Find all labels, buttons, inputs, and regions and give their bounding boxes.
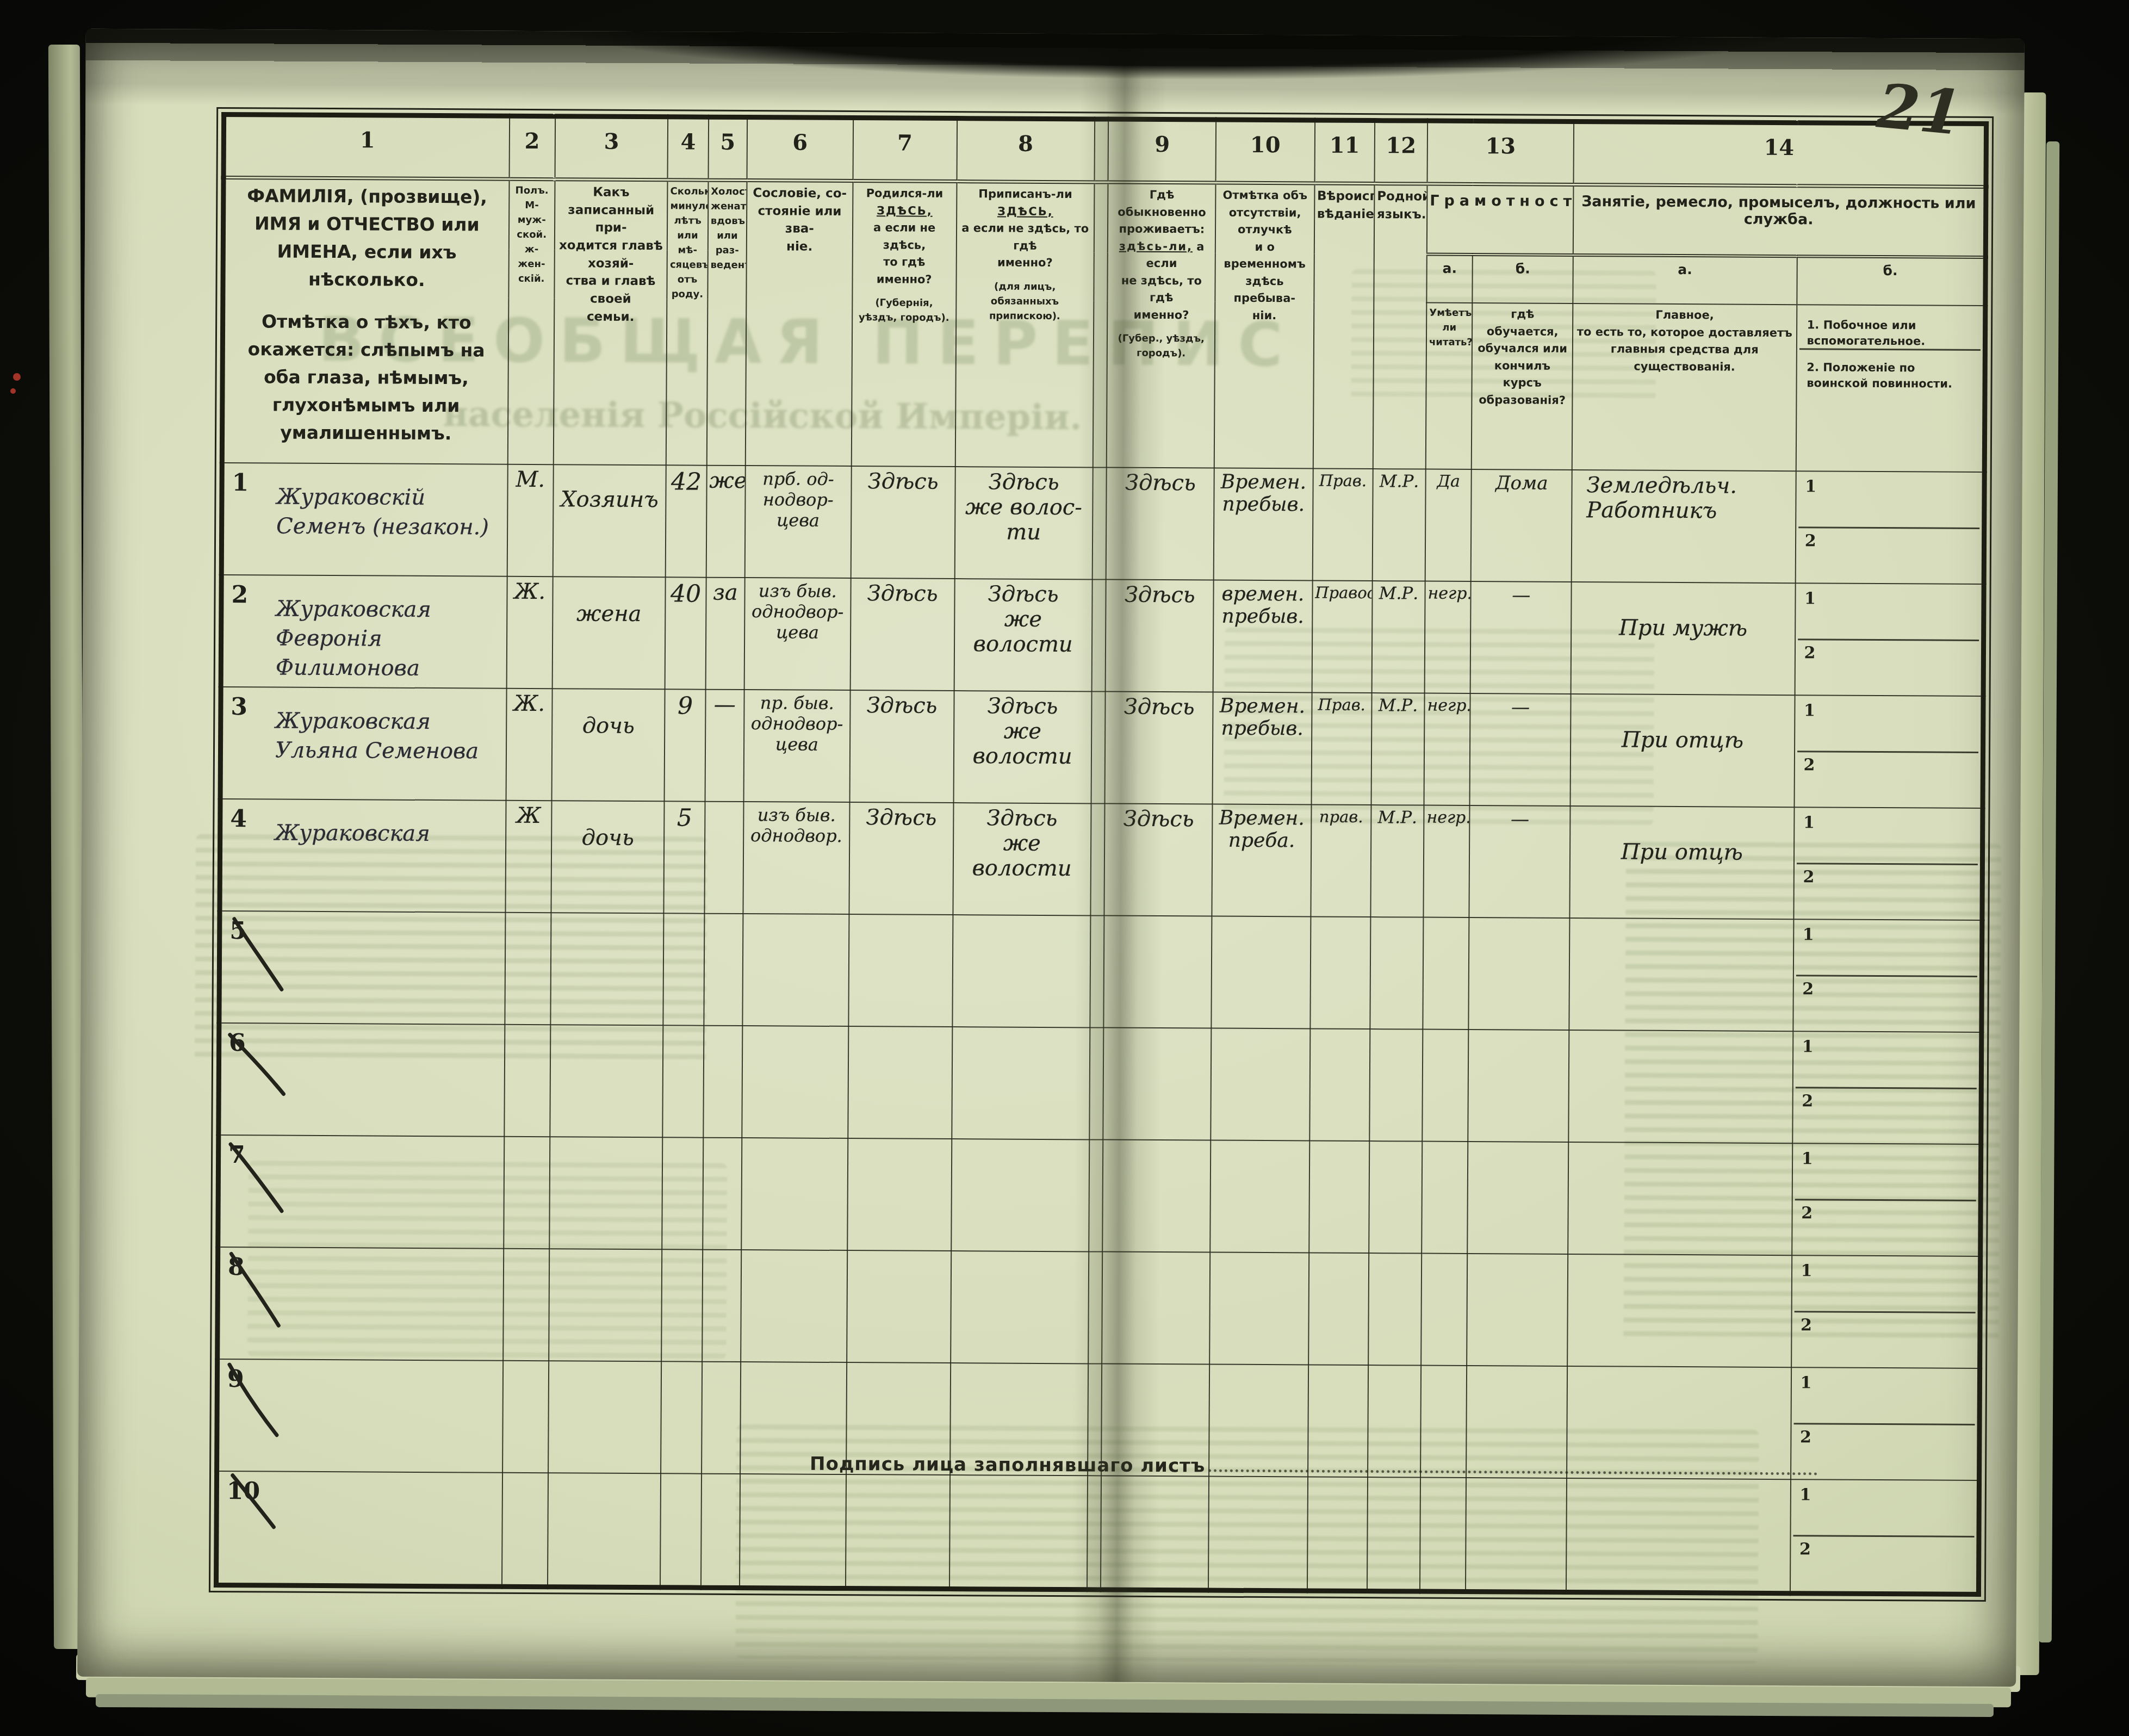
cell-language: М.Р.	[1372, 469, 1425, 581]
cell-relation	[550, 913, 663, 1025]
column-number-row: 1 2 3 4 5 6 7 8 9 10 11 12 13 14	[224, 115, 1987, 187]
cell-name: 4Жураковская	[220, 799, 506, 913]
cell-language	[1367, 1477, 1420, 1591]
cell-registered	[951, 1139, 1089, 1251]
cell-occupation-side: 1 2	[1792, 1143, 1981, 1256]
sub-label-2: 2	[1801, 1316, 1812, 1335]
header-occupation-title: Занятіе, ремесло, промыселъ, должность и…	[1573, 185, 1986, 258]
cell-born	[847, 1250, 951, 1363]
colnum-12: 12	[1374, 121, 1427, 184]
cell-education: —	[1470, 693, 1571, 806]
header-born-pre: Родился-ли	[866, 187, 944, 200]
cell-occupation-side: 1 2	[1791, 1255, 1981, 1368]
cell-marital	[704, 802, 743, 914]
cell-education	[1467, 1142, 1568, 1254]
cell-religion	[1307, 1477, 1368, 1591]
cell-born	[847, 1138, 952, 1251]
cell-occupation-main: При отцѣ	[1569, 806, 1794, 919]
sub-label-1: 1	[1804, 702, 1815, 721]
cell-born: Здѣсь	[851, 466, 955, 579]
cell-marital: за	[705, 578, 744, 690]
header-estate: Сословіе, со- стояніе или зва- ніе.	[746, 181, 853, 467]
cell-occupation-main: При отцѣ	[1571, 694, 1795, 807]
cell-sex	[504, 1137, 550, 1249]
row-number: 2	[231, 581, 248, 609]
header-res-pre: Гдѣ обыкновенно проживаетъ:	[1110, 187, 1213, 238]
cell-born	[845, 1474, 949, 1589]
sub-label-1: 1	[1799, 1485, 1811, 1504]
header-religion: Вѣроиспо- вѣданіе.	[1313, 183, 1374, 469]
occ-side-sub-2: 2	[1797, 751, 1978, 805]
header-born-rest: а если не здѣсь, то гдѣ именно?	[855, 219, 954, 288]
cell-resides	[1102, 1252, 1211, 1365]
header-born-emph: ЗДѢСЬ,	[877, 204, 933, 218]
cell-religion	[1309, 1029, 1370, 1142]
page-fold-gap	[1090, 916, 1104, 1028]
cell-relation	[550, 1025, 663, 1137]
cell-education	[1466, 1478, 1567, 1592]
handwritten-name: Жураковскій Семенъ (незакон.)	[276, 482, 497, 542]
header-literacy-title: Грамотность.	[1427, 184, 1574, 255]
cell-name: 6	[219, 1023, 505, 1137]
header-language: Родной языкъ.	[1373, 184, 1427, 469]
cell-age	[661, 1250, 703, 1362]
header-occupation-side: 1. Побочное или вспомогательное. 2. Поло…	[1796, 305, 1985, 473]
cell-name: 5	[219, 911, 505, 1025]
cell-registered	[949, 1475, 1088, 1590]
cell-name: 7	[218, 1135, 504, 1249]
header-name-text: ФАМИЛІЯ, (прозвище), ИМЯ и ОТЧЕСТВО или …	[227, 182, 506, 294]
colnum-7: 7	[853, 118, 957, 182]
occ-side-sub-1: 1	[1794, 1258, 1976, 1311]
table-row: 3Жураковская Ульяна Семенова Ж. дочь 9 —…	[220, 687, 1983, 808]
cell-relation: Хозяинъ	[553, 464, 666, 577]
cell-literate	[1423, 917, 1469, 1030]
cell-occupation-side: 1 2	[1795, 583, 1984, 696]
cell-estate: изъ быв. однодвор- цева	[744, 578, 851, 690]
cell-registered	[952, 915, 1090, 1027]
cell-literate: негр.	[1425, 581, 1471, 693]
cell-name: 3Жураковская Ульяна Семенова	[220, 687, 506, 801]
table-row: 2Жураковская Февронія Филимонова Ж. жена…	[221, 575, 1984, 696]
cell-name: 8	[218, 1247, 504, 1361]
cell-marital: —	[705, 690, 744, 802]
header-can-read: Умѣетъ- ли читать?	[1426, 303, 1473, 469]
cell-occupation-side: 1 2	[1790, 1479, 1979, 1594]
table-row: 10 1 2	[216, 1471, 1979, 1594]
sub-label-2: 2	[1800, 1428, 1811, 1447]
cell-education	[1467, 1254, 1568, 1366]
cell-estate: прб. од- нодвор- цева	[745, 466, 852, 578]
cell-born	[848, 1026, 952, 1139]
sub-label-2: 2	[1799, 1540, 1811, 1559]
cell-resides	[1103, 1140, 1211, 1253]
header-reg-emph: ЗДѢСЬ,	[997, 204, 1053, 218]
occ-side-sub-1: 1	[1795, 1146, 1976, 1199]
row-number: 4	[230, 805, 247, 833]
row-crossout-stroke	[223, 1137, 289, 1219]
cell-absence: Времен. пребыв.	[1213, 692, 1312, 805]
cell-relation: дочь	[551, 689, 665, 801]
page-fold-gap	[1092, 468, 1107, 580]
header-res-note: (Губер., уѣздъ, городъ).	[1110, 331, 1212, 361]
cell-resides: Здѣсь	[1105, 692, 1213, 804]
cell-registered	[952, 1027, 1090, 1139]
table-row: 4Жураковская Ж дочь 5 изъ быв. однодвор.…	[220, 799, 1983, 920]
header-relation: Какъ записанный при- ходится главѣ хозяй…	[554, 179, 668, 466]
header-14b-letter: б.	[1797, 257, 1985, 306]
table-row: 5 1 2	[219, 911, 1982, 1032]
cell-marital	[702, 1362, 741, 1474]
cell-occupation-main: При мужѣ	[1571, 582, 1796, 695]
cell-absence	[1208, 1477, 1308, 1591]
sub-label-1: 1	[1804, 590, 1816, 609]
colnum-8: 8	[957, 119, 1094, 182]
cell-age	[663, 1026, 704, 1138]
occ-side-sub-1: 1	[1797, 810, 1978, 863]
cell-resides	[1101, 1476, 1209, 1591]
photo-canvas: ВСЕОБЩАЯ ПЕРЕПИС населенія Россійской Им…	[0, 0, 2129, 1736]
cell-registered: Здѣсь же волости	[954, 579, 1092, 691]
row-crossout-stroke	[221, 1361, 287, 1443]
cell-estate	[740, 1474, 846, 1589]
row-crossout-stroke	[221, 1473, 287, 1555]
cell-absence	[1209, 1253, 1309, 1365]
cell-occupation-main	[1568, 1030, 1793, 1143]
cell-estate	[742, 914, 849, 1026]
page-number: 21	[1874, 70, 1965, 149]
cell-relation: жена	[552, 576, 665, 689]
cell-literate	[1420, 1478, 1466, 1592]
signature-dotted-line	[1208, 1465, 1817, 1475]
page-fold-gap	[1090, 804, 1105, 916]
cell-resides	[1103, 1028, 1212, 1140]
header-registered-here: Приписанъ-ли ЗДѢСЬ, а если не здѣсь, то …	[955, 182, 1094, 468]
occ-side-sub-2: 2	[1796, 975, 1977, 1030]
handwritten-name: Жураковская	[275, 819, 495, 849]
handwritten-name: Жураковская Февронія Филимонова	[276, 594, 496, 684]
cell-age	[662, 1138, 703, 1250]
page-fold-gap	[1089, 1028, 1104, 1140]
sub-label-2: 2	[1802, 979, 1814, 999]
occ-side-sub-1: 1	[1797, 698, 1979, 751]
cell-relation	[549, 1137, 662, 1249]
page-fold-gap	[1094, 119, 1109, 182]
cell-occupation-side: 1 2	[1792, 1031, 1982, 1144]
cell-sex	[505, 913, 551, 1025]
cell-occupation-side: 1 2	[1793, 919, 1982, 1032]
header-occ-side-1: 1. Побочное или вспомогательное.	[1799, 308, 1981, 349]
colnum-11: 11	[1314, 120, 1375, 184]
cell-estate	[741, 1138, 848, 1250]
occ-side-sub-2: 2	[1794, 1311, 1976, 1366]
header-res-emph: здѣсь-ли,	[1119, 239, 1193, 253]
occ-side-sub-1: 1	[1798, 586, 1979, 639]
occ-side-sub-1: 1	[1798, 474, 1980, 527]
cell-religion: Прав.	[1311, 693, 1371, 805]
cell-age: 40	[665, 578, 706, 690]
colnum-1: 1	[224, 115, 510, 179]
row-crossout-stroke	[222, 1249, 288, 1331]
occ-side-sub-2: 2	[1796, 863, 1978, 917]
cell-absence: Времен. пребыв.	[1214, 468, 1313, 581]
cell-language	[1369, 1141, 1422, 1254]
cell-sex	[502, 1473, 548, 1587]
occ-side-sub-2: 2	[1795, 1199, 1976, 1254]
handwritten-name: Жураковская Ульяна Семенова	[275, 706, 496, 766]
census-table: 1 2 3 4 5 6 7 8 9 10 11 12 13 14	[214, 112, 1989, 1597]
cell-language	[1370, 917, 1423, 1030]
cell-marital	[703, 1138, 742, 1250]
cell-sex	[503, 1249, 549, 1361]
header-occ-side-2: 2. Положеніе по воинской повинности.	[1799, 348, 1981, 391]
cell-absence: Времен. преба.	[1212, 804, 1312, 917]
sub-label-1: 1	[1805, 478, 1816, 497]
sub-label-2: 2	[1801, 1204, 1813, 1223]
cell-registered: Здѣсь же волости	[953, 803, 1091, 915]
cell-language	[1368, 1253, 1422, 1366]
census-sheet: ВСЕОБЩАЯ ПЕРЕПИС населенія Россійской Им…	[77, 29, 2025, 1687]
occ-side-sub-2: 2	[1797, 638, 1979, 693]
cell-registered: Здѣсь же волости	[953, 691, 1091, 803]
cell-literate	[1422, 1030, 1468, 1142]
cell-occupation-main	[1566, 1478, 1791, 1594]
header-14a-letter: а.	[1573, 255, 1797, 305]
cell-occupation-main	[1569, 918, 1793, 1031]
cell-name: 10	[216, 1471, 502, 1586]
page-fold-gap	[1091, 580, 1106, 692]
occ-side-sub-1: 1	[1793, 1482, 1975, 1535]
sub-label-2: 2	[1803, 867, 1814, 886]
cell-resides	[1104, 916, 1212, 1028]
cell-age	[661, 1362, 702, 1474]
row-number: 3	[231, 693, 247, 721]
page-fold-gap	[1089, 1140, 1103, 1252]
header-13b-letter: б.	[1473, 255, 1573, 303]
cell-occupation-side: 1 2	[1793, 807, 1983, 920]
header-education: гдѣ обучается, обучался или кончилъ курс…	[1472, 303, 1573, 470]
cell-estate: пр. быв. однодвор- цева	[744, 690, 851, 802]
sub-label-1: 1	[1802, 1150, 1813, 1169]
occ-side-sub-1: 1	[1793, 1370, 1975, 1423]
cell-sex	[502, 1361, 549, 1473]
cell-age	[660, 1474, 702, 1588]
cell-age	[663, 914, 705, 1026]
header-name-note: Отмѣтка о тѣхъ, кто окажется: слѣпымъ на…	[227, 307, 506, 448]
cell-marital	[703, 1026, 742, 1138]
row-crossout-stroke	[224, 913, 290, 995]
header-usual-residence: Гдѣ обыкновенно проживаетъ: здѣсь-ли, а …	[1107, 182, 1215, 468]
cell-marital: жен.	[706, 466, 745, 578]
cell-language: М.Р.	[1371, 581, 1425, 693]
page-fold-gap	[1087, 1476, 1101, 1590]
cell-religion	[1310, 917, 1370, 1030]
cell-education: —	[1469, 805, 1571, 918]
cell-literate: негр.	[1424, 693, 1470, 805]
table-row: 6 1 2	[219, 1023, 1982, 1144]
sub-label-2: 2	[1805, 531, 1816, 550]
cell-resides: Здѣсь	[1104, 804, 1213, 916]
red-mark	[13, 373, 21, 381]
cell-literate	[1422, 1142, 1468, 1254]
cell-name: 9	[217, 1359, 503, 1473]
colnum-13: 13	[1427, 121, 1574, 184]
cell-occupation-main	[1568, 1142, 1792, 1255]
table-row: 7 1 2	[218, 1135, 1981, 1256]
cell-language: М.Р.	[1370, 805, 1424, 917]
colnum-5: 5	[708, 117, 747, 180]
header-absence-note: Отмѣтка объ отсутствіи, отлучкѣ и о врем…	[1214, 183, 1314, 469]
cell-name: 2Жураковская Февронія Филимонова	[221, 575, 507, 689]
cell-religion	[1308, 1253, 1369, 1366]
header-marital: Холостъ, женатъ, вдовъ или раз- веденъ.	[707, 180, 747, 466]
page-fold-gap	[1091, 692, 1106, 804]
sub-label-1: 1	[1801, 1261, 1813, 1280]
header-13a-letter: а.	[1426, 255, 1473, 303]
cell-occupation-main: Земледѣльч. Работникъ	[1572, 470, 1796, 583]
header-reg-pre: Приписанъ-ли	[978, 187, 1072, 201]
cell-literate	[1421, 1254, 1467, 1366]
cell-resides: Здѣсь	[1106, 580, 1214, 692]
page-fold-gap	[1093, 182, 1108, 468]
cell-occupation-side: 1 2	[1795, 471, 1984, 584]
page-fold-gap	[1088, 1252, 1103, 1364]
cell-relation: дочь	[551, 801, 664, 913]
cell-occupation-side: 1 2	[1791, 1367, 1980, 1480]
cell-education: Дома	[1471, 469, 1572, 582]
cell-marital	[701, 1474, 740, 1588]
header-name-column: ФАМИЛІЯ, (прозвище), ИМЯ и ОТЧЕСТВО или …	[222, 178, 509, 465]
row-crossout-stroke	[224, 1025, 289, 1107]
sub-label-1: 1	[1803, 814, 1815, 833]
cell-occupation-side: 1 2	[1794, 695, 1983, 808]
cell-sex	[504, 1025, 550, 1137]
red-mark-2	[10, 388, 16, 394]
occ-side-sub-2: 2	[1798, 526, 1979, 581]
sub-label-1: 1	[1800, 1373, 1811, 1392]
sub-label-2: 2	[1803, 755, 1815, 774]
cell-education	[1468, 1030, 1569, 1142]
header-sex: Полъ. М-муж- ской. ж-жен- скій.	[507, 179, 555, 464]
cell-religion: Правосл.	[1312, 581, 1372, 693]
cell-literate: негр.	[1423, 805, 1469, 917]
cell-occupation-main	[1567, 1254, 1792, 1367]
occ-side-sub-1: 1	[1796, 922, 1978, 975]
table-row: 1Жураковскій Семенъ (незакон.) М. Хозяин…	[221, 463, 1984, 584]
header-reg-rest: а если не здѣсь, то гдѣ именно?	[959, 220, 1091, 272]
sub-label-2: 2	[1802, 1092, 1813, 1111]
signature-label: Подпись лица заполнявшаго листъ	[810, 1453, 1205, 1477]
cell-age: 42	[666, 466, 707, 578]
cell-marital	[704, 914, 743, 1026]
cell-relation	[548, 1361, 661, 1473]
cell-education	[1469, 917, 1570, 1030]
cell-registered	[951, 1251, 1089, 1363]
header-occupation-main: Главное, то есть то, которое доставляетъ…	[1572, 303, 1797, 471]
colnum-6: 6	[747, 117, 853, 181]
cell-absence	[1210, 1140, 1309, 1253]
cell-name: 1Жураковскій Семенъ (незакон.)	[221, 463, 507, 576]
header-born-here: Родился-ли ЗДѢСЬ, а если не здѣсь, то гд…	[851, 181, 957, 467]
cell-sex: М.	[507, 464, 553, 576]
colnum-9: 9	[1108, 119, 1216, 183]
cell-sex: Ж.	[506, 689, 552, 801]
row-number: 1	[232, 469, 249, 497]
sub-label-2: 2	[1804, 643, 1816, 662]
cell-relation	[549, 1249, 662, 1361]
cell-estate	[742, 1026, 848, 1138]
header-born-note: (Губернія, уѣздъ, городъ).	[855, 295, 953, 325]
header-res-rest: не здѣсь, то гдѣ именно?	[1110, 272, 1213, 324]
cell-education: —	[1470, 581, 1572, 694]
sub-label-1: 1	[1802, 1038, 1814, 1057]
cell-born: Здѣсь	[849, 690, 954, 803]
header-description-row: ФАМИЛІЯ, (прозвище), ИМЯ и ОТЧЕСТВО или …	[223, 178, 1986, 258]
cell-born	[848, 914, 953, 1027]
cell-absence: времен. пребыв.	[1213, 580, 1313, 693]
cell-language	[1369, 1029, 1423, 1142]
occ-side-sub-2: 2	[1795, 1087, 1977, 1142]
occ-side-sub-1: 1	[1795, 1034, 1977, 1087]
header-age: Сколько минуло лѣтъ или мѣ- сяцевъ отъ р…	[666, 180, 708, 466]
cell-absence	[1211, 1028, 1310, 1141]
cell-sex: Ж.	[506, 576, 553, 689]
cell-language: М.Р.	[1371, 693, 1424, 805]
table-row: 8 1 2	[218, 1247, 1981, 1368]
cell-religion: прав.	[1311, 805, 1371, 917]
cell-registered: Здѣсь же волос- ти	[954, 467, 1093, 579]
cell-born: Здѣсь	[850, 578, 954, 691]
colnum-3: 3	[555, 116, 668, 180]
sub-label-1: 1	[1803, 926, 1814, 945]
cell-relation	[548, 1473, 661, 1588]
cell-absence	[1212, 916, 1311, 1029]
colnum-10: 10	[1216, 120, 1315, 183]
header-reg-note: (для лицъ, обязанныхъ припискою).	[959, 279, 1091, 324]
cell-age: 9	[665, 690, 706, 802]
cell-religion: Прав.	[1312, 469, 1373, 581]
occ-side-sub-2: 2	[1793, 1535, 1975, 1590]
cell-estate	[741, 1250, 847, 1362]
cell-literate: Да	[1425, 469, 1472, 581]
colnum-2: 2	[509, 116, 555, 179]
cell-marital	[702, 1250, 741, 1362]
cell-estate: изъ быв. однодвор.	[743, 802, 850, 914]
cell-religion	[1309, 1141, 1369, 1254]
colnum-4: 4	[668, 117, 709, 180]
occ-side-sub-2: 2	[1793, 1423, 1975, 1478]
cell-sex: Ж	[505, 801, 551, 913]
cell-born: Здѣсь	[849, 802, 953, 915]
cell-age: 5	[664, 802, 705, 914]
cell-resides: Здѣсь	[1106, 468, 1214, 580]
